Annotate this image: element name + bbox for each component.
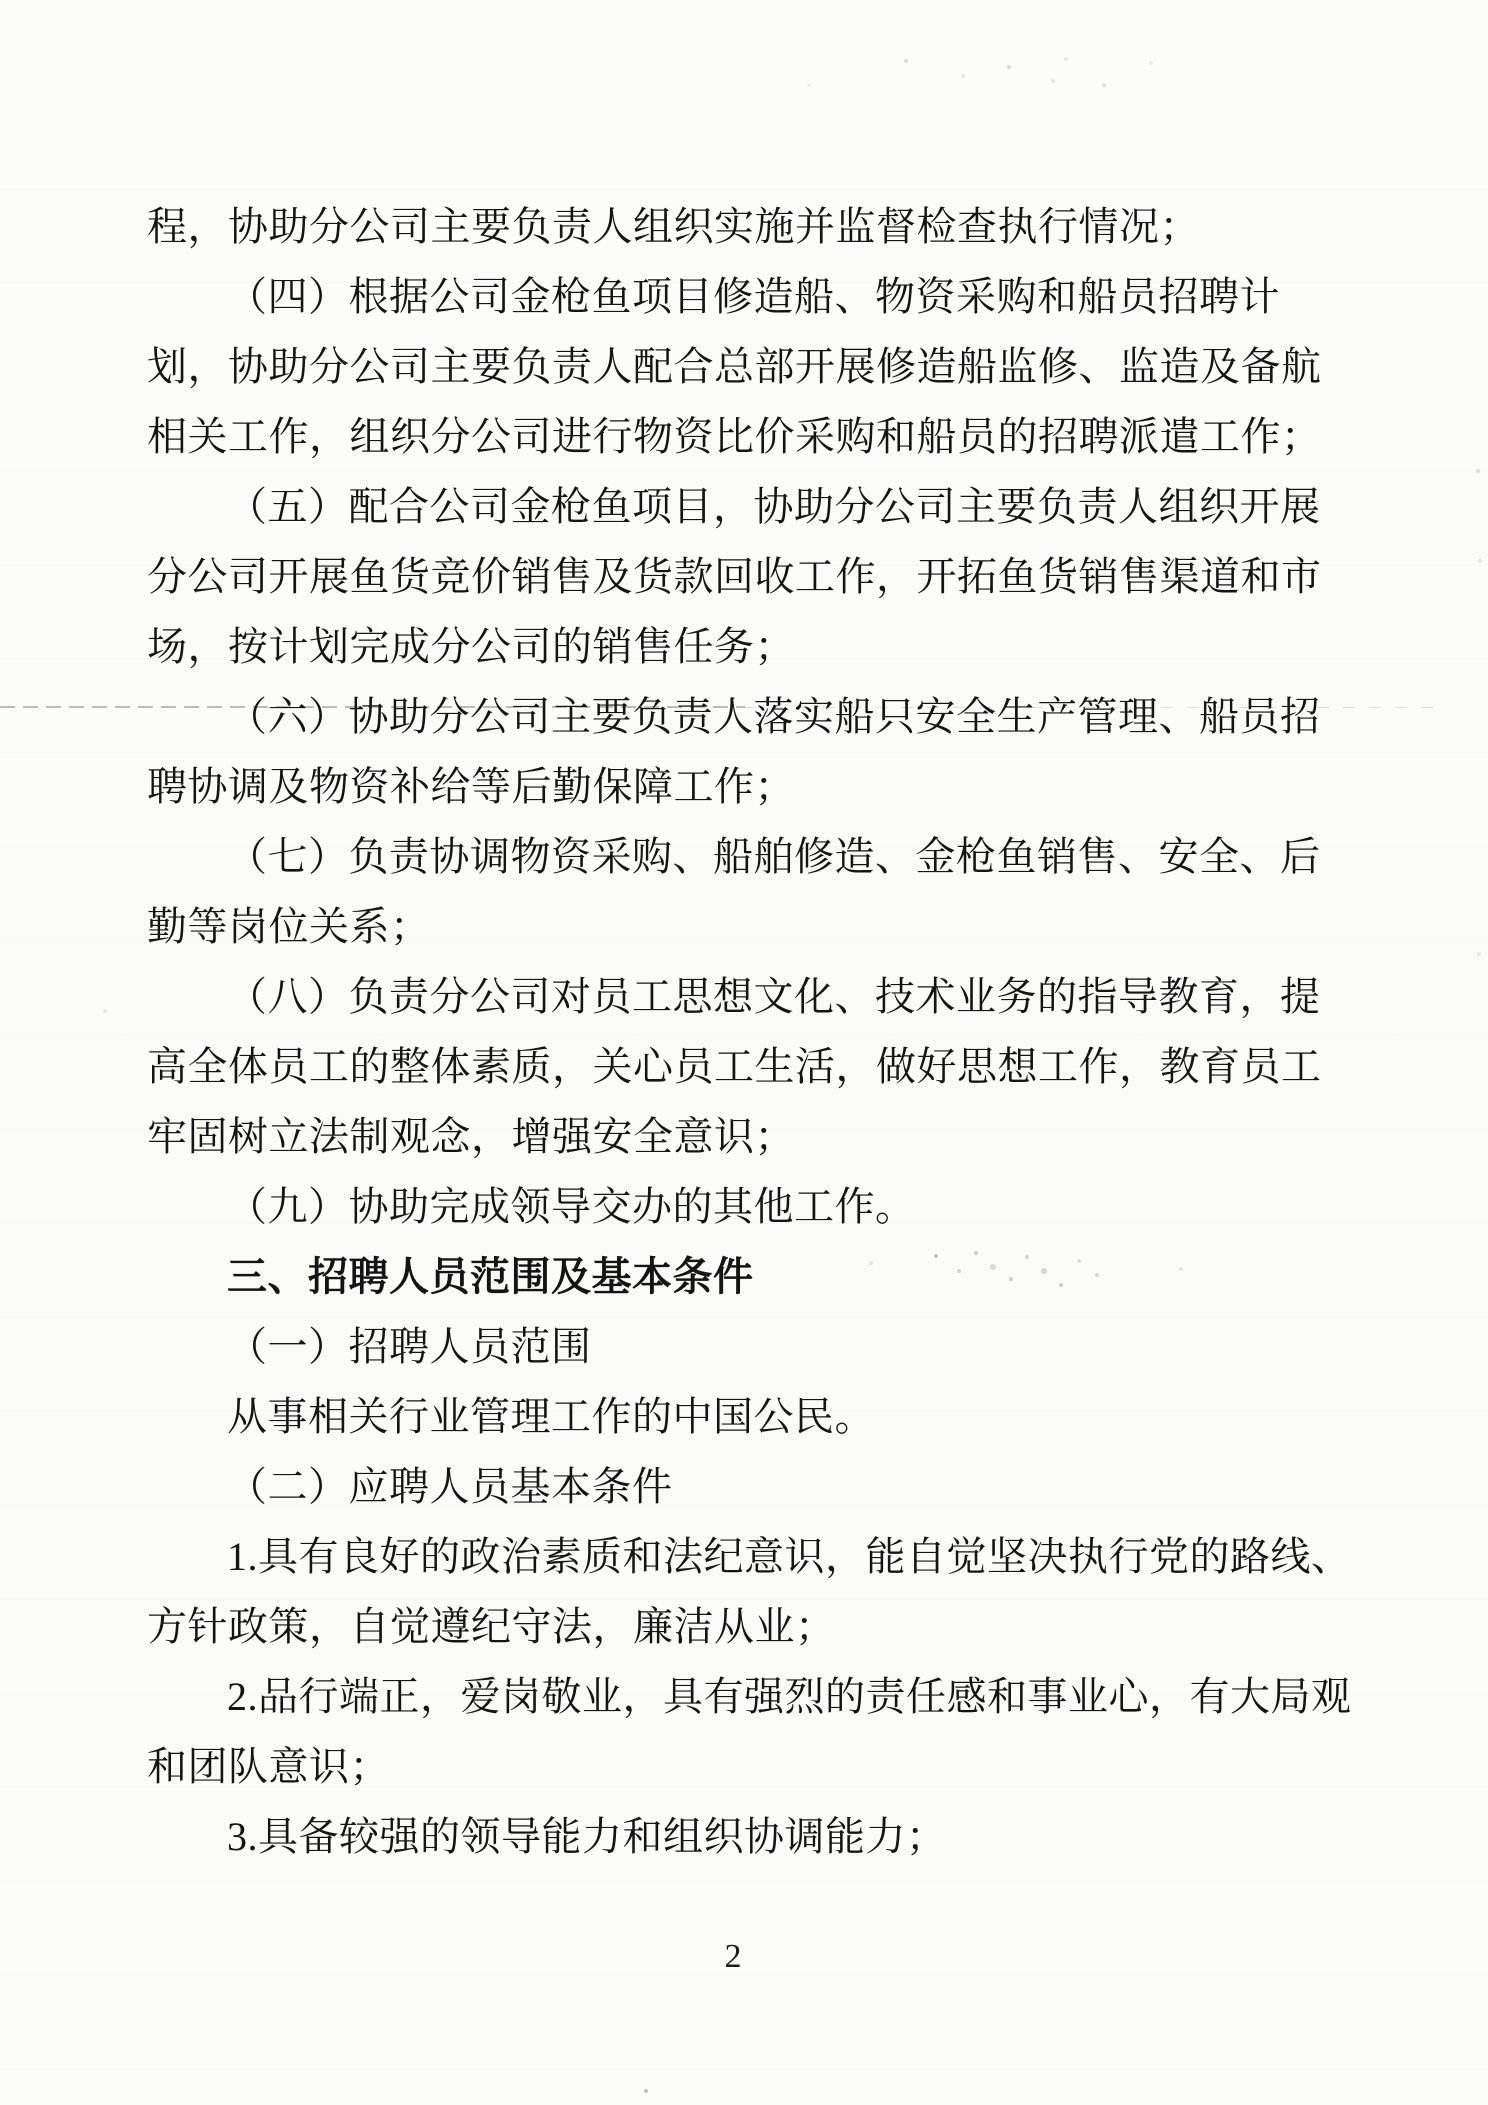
text-line: （二）应聘人员基本条件 [147, 1452, 1309, 1522]
text-line: 程，协助分公司主要负责人组织实施并监督检查执行情况； [147, 192, 1309, 262]
text-line: 1.具有良好的政治素质和法纪意识，能自觉坚决执行党的路线、 [147, 1522, 1309, 1592]
section-heading: 三、招聘人员范围及基本条件 [147, 1242, 1309, 1312]
page-number: 2 [0, 1938, 1477, 1976]
text-line: 牢固树立法制观念，增强安全意识； [147, 1102, 1309, 1172]
text-line: 场，按计划完成分公司的销售任务； [147, 612, 1309, 682]
text-line: （一）招聘人员范围 [147, 1312, 1309, 1382]
scanned-document-page: { "page": { "number": "2" }, "document":… [0, 0, 1488, 2105]
text-line: 划，协助分公司主要负责人配合总部开展修造船监修、监造及备航 [147, 332, 1309, 402]
text-line: 2.品行端正，爱岗敬业，具有强烈的责任感和事业心，有大局观 [147, 1662, 1309, 1732]
text-line: （七）负责协调物资采购、船舶修造、金枪鱼销售、安全、后 [147, 822, 1309, 892]
text-line: 和团队意识； [147, 1732, 1309, 1802]
text-line: （四）根据公司金枪鱼项目修造船、物资采购和船员招聘计 [147, 262, 1309, 332]
text-line: （九）协助完成领导交办的其他工作。 [147, 1172, 1309, 1242]
text-line: 聘协调及物资补给等后勤保障工作； [147, 752, 1309, 822]
text-line: 勤等岗位关系； [147, 892, 1309, 962]
text-line: 方针政策，自觉遵纪守法，廉洁从业； [147, 1592, 1309, 1662]
text-line: （八）负责分公司对员工思想文化、技术业务的指导教育，提 [147, 962, 1309, 1032]
text-line: 相关工作，组织分公司进行物资比价采购和船员的招聘派遣工作； [147, 402, 1309, 472]
text-line: （六）协助分公司主要负责人落实船只安全生产管理、船员招 [147, 682, 1309, 752]
scan-noise-misc [0, 0, 2, 2]
document-body: 程，协助分公司主要负责人组织实施并监督检查执行情况； （四）根据公司金枪鱼项目修… [147, 192, 1309, 1872]
text-line: 分公司开展鱼货竞价销售及货款回收工作，开拓鱼货销售渠道和市 [147, 542, 1309, 612]
text-line: 高全体员工的整体素质，关心员工生活，做好思想工作，教育员工 [147, 1032, 1309, 1102]
text-line: 3.具备较强的领导能力和组织协调能力； [147, 1802, 1309, 1872]
text-line: 从事相关行业管理工作的中国公民。 [147, 1382, 1309, 1452]
text-line: （五）配合公司金枪鱼项目，协助分公司主要负责人组织开展 [147, 472, 1309, 542]
